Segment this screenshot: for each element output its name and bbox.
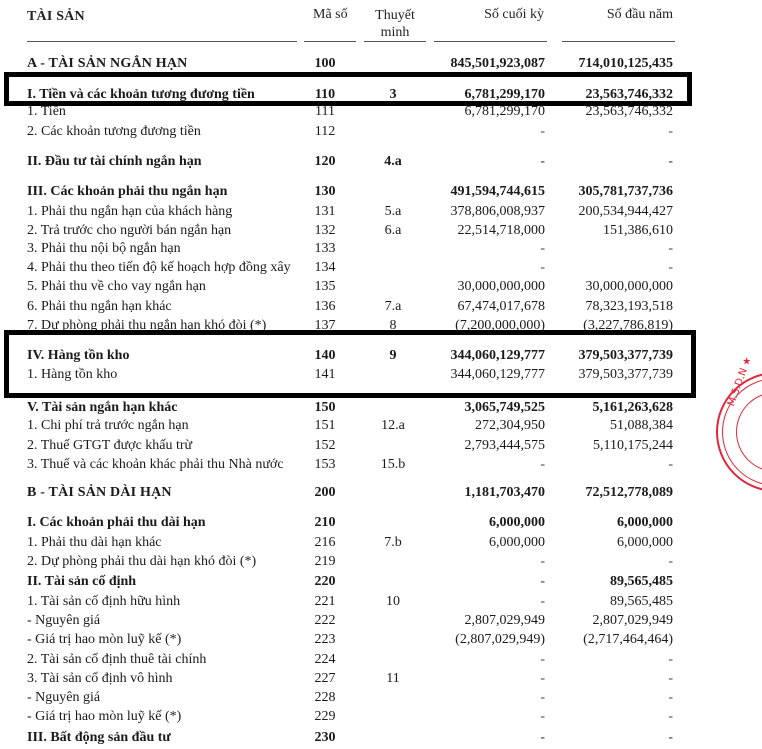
row-label: III. Bất động sản đầu tư (27, 729, 327, 747)
row-label: II. Đầu tư tài chính ngắn hạn (27, 153, 327, 171)
row-label: 4. Phải thu theo tiến độ kế hoạch hợp đồ… (27, 259, 327, 277)
table-row: 2. Dự phòng phải thu dài hạn khó đòi (*)… (0, 553, 762, 571)
table-row: 1. Phải thu dài hạn khác2167.b6,000,0006… (0, 534, 762, 552)
row-end-period-value: - (400, 553, 545, 571)
row-end-period-value: 6,000,000 (400, 514, 545, 532)
row-label: 2. Trả trước cho người bán ngắn hạn (27, 222, 327, 240)
column-header-note-line2: minh (381, 25, 410, 40)
header-rule-code (304, 41, 356, 42)
row-label: 2. Tài sản cố định thuê tài chính (27, 651, 327, 669)
row-begin-year-value: 6,000,000 (530, 514, 673, 532)
row-end-period-value: - (400, 240, 545, 258)
row-end-period-value: - (400, 123, 545, 141)
row-label: - Nguyên giá (27, 689, 327, 707)
column-header-note-line1: Thuyết (375, 8, 415, 23)
row-begin-year-value: - (530, 553, 673, 571)
row-end-period-value: - (400, 593, 545, 611)
table-row: I. Các khoản phải thu dài hạn2106,000,00… (0, 514, 762, 532)
row-begin-year-value: - (530, 651, 673, 669)
row-begin-year-value: - (530, 240, 673, 258)
row-label: 5. Phải thu về cho vay ngắn hạn (27, 278, 327, 296)
row-label: II. Tài sản cố định (27, 573, 327, 591)
row-begin-year-value: - (530, 689, 673, 707)
row-code: 224 (300, 651, 350, 669)
row-end-period-value: 22,514,718,000 (400, 222, 545, 240)
table-row: 6. Phải thu ngắn hạn khác1367.a67,474,01… (0, 298, 762, 316)
row-begin-year-value: (2,717,464,464) (530, 631, 673, 649)
row-code: 216 (300, 534, 350, 552)
row-end-period-value: - (400, 456, 545, 474)
company-seal-stamp: M.S.D.N ★ (716, 372, 762, 492)
table-row: 2. Thuế GTGT được khấu trừ1522,793,444,5… (0, 437, 762, 455)
table-row: A - TÀI SẢN NGẮN HẠN100845,501,923,08771… (0, 55, 762, 73)
row-end-period-value: 2,807,029,949 (400, 612, 545, 630)
row-begin-year-value: 30,000,000,000 (530, 278, 673, 296)
row-label: - Nguyên giá (27, 612, 327, 630)
row-label: V. Tài sản ngắn hạn khác (27, 399, 327, 417)
row-begin-year-value: 2,807,029,949 (530, 612, 673, 630)
table-row: 4. Phải thu theo tiến độ kế hoạch hợp đồ… (0, 259, 762, 277)
table-row: 1. Phải thu ngắn hạn của khách hàng1315.… (0, 203, 762, 221)
row-code: 133 (300, 240, 350, 258)
row-label: 2. Dự phòng phải thu dài hạn khó đòi (*) (27, 553, 327, 571)
row-end-period-value: 30,000,000,000 (400, 278, 545, 296)
row-begin-year-value: 78,323,193,518 (530, 298, 673, 316)
table-row: 3. Phải thu nội bộ ngắn hạn133-- (0, 240, 762, 258)
row-label: 3. Tài sản cố định vô hình (27, 670, 327, 688)
row-begin-year-value: 305,781,737,736 (530, 183, 673, 201)
row-code: 219 (300, 553, 350, 571)
row-code: 210 (300, 514, 350, 532)
row-end-period-value: 378,806,008,937 (400, 203, 545, 221)
row-begin-year-value: 5,161,263,628 (530, 399, 673, 417)
row-code: 131 (300, 203, 350, 221)
table-row: V. Tài sản ngắn hạn khác1503,065,749,525… (0, 399, 762, 417)
row-label: 1. Tài sản cố định hữu hình (27, 593, 327, 611)
table-row: III. Các khoản phải thu ngắn hạn130491,5… (0, 183, 762, 201)
table-row: 2. Trả trước cho người bán ngắn hạn1326.… (0, 222, 762, 240)
row-begin-year-value: 200,534,944,427 (530, 203, 673, 221)
row-begin-year-value: 151,386,610 (530, 222, 673, 240)
row-label: - Giá trị hao mòn luỹ kế (*) (27, 631, 327, 649)
row-end-period-value: 2,793,444,575 (400, 437, 545, 455)
table-row: 1. Tài sản cố định hữu hình22110-89,565,… (0, 593, 762, 611)
row-code: 132 (300, 222, 350, 240)
row-label: 2. Thuế GTGT được khấu trừ (27, 437, 327, 455)
row-label: 3. Phải thu nội bộ ngắn hạn (27, 240, 327, 258)
row-code: 135 (300, 278, 350, 296)
row-begin-year-value: - (530, 123, 673, 141)
row-end-period-value: - (400, 670, 545, 688)
row-code: 230 (300, 729, 350, 747)
table-row: 3. Thuế và các khoản khác phải thu Nhà n… (0, 456, 762, 474)
table-row: II. Tài sản cố định220-89,565,485 (0, 573, 762, 591)
row-code: 130 (300, 183, 350, 201)
column-header-note: Thuyết minh (370, 7, 420, 41)
row-code: 134 (300, 259, 350, 277)
header-rule-note (364, 41, 426, 42)
header-rule-begin (562, 41, 675, 42)
column-header-end-period: Số cuối kỳ (452, 7, 544, 23)
row-code: 229 (300, 708, 350, 726)
row-code: 223 (300, 631, 350, 649)
table-row: 1. Chi phí trả trước ngắn hạn15112.a272,… (0, 417, 762, 435)
row-begin-year-value: 6,000,000 (530, 534, 673, 552)
row-code: 153 (300, 456, 350, 474)
row-begin-year-value: 714,010,125,435 (530, 55, 673, 73)
row-code: 222 (300, 612, 350, 630)
row-code: 200 (300, 484, 350, 502)
row-end-period-value: - (400, 689, 545, 707)
highlight-box-inventory (4, 330, 696, 398)
row-begin-year-value: 72,512,778,089 (530, 484, 673, 502)
row-label: A - TÀI SẢN NGẮN HẠN (27, 55, 327, 73)
table-row: 2. Các khoản tương đương tiền112-- (0, 123, 762, 141)
row-begin-year-value: - (530, 729, 673, 747)
row-code: 227 (300, 670, 350, 688)
row-label: 3. Thuế và các khoản khác phải thu Nhà n… (27, 456, 327, 474)
row-code: 221 (300, 593, 350, 611)
row-end-period-value: 272,304,950 (400, 417, 545, 435)
row-begin-year-value: - (530, 708, 673, 726)
row-label: I. Các khoản phải thu dài hạn (27, 514, 327, 532)
row-label: 1. Chi phí trả trước ngắn hạn (27, 417, 327, 435)
table-row: - Giá trị hao mòn luỹ kế (*)229-- (0, 708, 762, 726)
row-begin-year-value: - (530, 259, 673, 277)
row-begin-year-value: - (530, 670, 673, 688)
row-code: 112 (300, 123, 350, 141)
column-header-begin-year: Số đầu năm (570, 7, 673, 23)
row-end-period-value: 6,000,000 (400, 534, 545, 552)
row-code: 151 (300, 417, 350, 435)
row-end-period-value: (2,807,029,949) (400, 631, 545, 649)
table-row: - Nguyên giá228-- (0, 689, 762, 707)
row-begin-year-value: 5,110,175,244 (530, 437, 673, 455)
row-code: 220 (300, 573, 350, 591)
column-header-code: Mã số (313, 7, 348, 23)
row-label: B - TÀI SẢN DÀI HẠN (27, 484, 327, 502)
row-code: 100 (300, 55, 350, 73)
row-begin-year-value: - (530, 456, 673, 474)
row-end-period-value: 845,501,923,087 (400, 55, 545, 73)
header-rule-end (434, 41, 547, 42)
balance-sheet-page: TÀI SẢN Mã số Thuyết minh Số cuối kỳ Số … (0, 0, 762, 749)
row-code: 152 (300, 437, 350, 455)
row-label: III. Các khoản phải thu ngắn hạn (27, 183, 327, 201)
table-row: B - TÀI SẢN DÀI HẠN2001,181,703,47072,51… (0, 484, 762, 502)
row-end-period-value: - (400, 708, 545, 726)
table-row: - Giá trị hao mòn luỹ kế (*)223(2,807,02… (0, 631, 762, 649)
table-row: II. Đầu tư tài chính ngắn hạn1204.a-- (0, 153, 762, 171)
row-code: 228 (300, 689, 350, 707)
row-label: - Giá trị hao mòn luỹ kế (*) (27, 708, 327, 726)
row-end-period-value: 1,181,703,470 (400, 484, 545, 502)
table-row: 5. Phải thu về cho vay ngắn hạn13530,000… (0, 278, 762, 296)
row-begin-year-value: 89,565,485 (530, 593, 673, 611)
table-row: - Nguyên giá2222,807,029,9492,807,029,94… (0, 612, 762, 630)
row-label: 2. Các khoản tương đương tiền (27, 123, 327, 141)
row-end-period-value: - (400, 729, 545, 747)
table-row: 3. Tài sản cố định vô hình22711-- (0, 670, 762, 688)
row-end-period-value: 491,594,744,615 (400, 183, 545, 201)
row-end-period-value: - (400, 259, 545, 277)
row-code: 150 (300, 399, 350, 417)
row-label: 1. Phải thu ngắn hạn của khách hàng (27, 203, 327, 221)
table-row: 2. Tài sản cố định thuê tài chính224-- (0, 651, 762, 669)
row-end-period-value: - (400, 153, 545, 171)
row-begin-year-value: 89,565,485 (530, 573, 673, 591)
row-end-period-value: - (400, 651, 545, 669)
row-label: 1. Phải thu dài hạn khác (27, 534, 327, 552)
row-begin-year-value: - (530, 153, 673, 171)
row-end-period-value: 3,065,749,525 (400, 399, 545, 417)
highlight-box-cash (4, 72, 692, 106)
row-code: 136 (300, 298, 350, 316)
row-code: 120 (300, 153, 350, 171)
row-label: 6. Phải thu ngắn hạn khác (27, 298, 327, 316)
row-begin-year-value: 51,088,384 (530, 417, 673, 435)
row-end-period-value: 67,474,017,678 (400, 298, 545, 316)
table-row: III. Bất động sản đầu tư230-- (0, 729, 762, 747)
row-end-period-value: - (400, 573, 545, 591)
column-header-assets: TÀI SẢN (27, 9, 85, 25)
header-rule-assets (27, 41, 297, 42)
